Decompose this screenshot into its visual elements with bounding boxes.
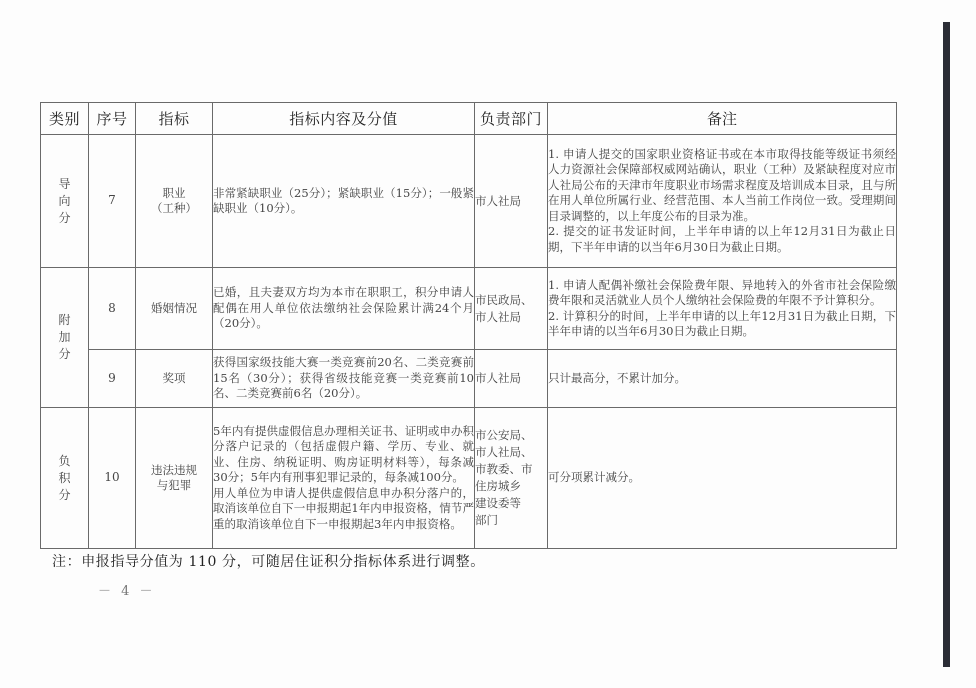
department-cell: 市人社局 [475, 350, 548, 408]
header-category: 类别 [41, 103, 89, 135]
remarks-cell: 1. 申请人提交的国家职业资格证书或在本市取得技能等级证书须经人力资源社会保障部… [548, 135, 897, 268]
department-cell: 市公安局、 市人社局、 市教委、市 住房城乡 建设委等 部门 [475, 408, 548, 549]
page-number: － 4 － [98, 580, 156, 599]
table-row: 负 积 分 10 违法违规 与犯罪 5年内有提供虚假信息办理相关证书、证明或申办… [41, 408, 897, 549]
row-number: 8 [89, 268, 136, 350]
category-cell: 导 向 分 [41, 135, 89, 268]
content-cell: 已婚，且夫妻双方均为本市在职职工，积分申请人配偶在用人单位依法缴纳社会保险累计满… [213, 268, 475, 350]
department-cell: 市人社局 [475, 135, 548, 268]
header-number: 序号 [89, 103, 136, 135]
indicator-cell: 婚姻情况 [136, 268, 213, 350]
header-remarks: 备注 [548, 103, 897, 135]
indicator-cell: 违法违规 与犯罪 [136, 408, 213, 549]
category-cell: 附 加 分 [41, 268, 89, 408]
content-cell: 获得国家级技能大赛一类竞赛前20名、二类竞赛前15名（30分）；获得省级技能竞赛… [213, 350, 475, 408]
remarks-cell: 可分项累计减分。 [548, 408, 897, 549]
table-row: 导 向 分 7 职业 （工种） 非常紧缺职业（25分）；紧缺职业（15分）；一般… [41, 135, 897, 268]
table-footnote: 注：申报指导分值为 110 分，可随居住证积分指标体系进行调整。 [52, 551, 485, 571]
scan-edge-bar [943, 22, 950, 667]
remarks-cell: 只计最高分，不累计加分。 [548, 350, 897, 408]
header-department: 负责部门 [475, 103, 548, 135]
row-number: 9 [89, 350, 136, 408]
department-cell: 市民政局、 市人社局 [475, 268, 548, 350]
category-cell: 负 积 分 [41, 408, 89, 549]
content-cell: 5年内有提供虚假信息办理相关证书、证明或申办积分落户记录的（包括虚假户籍、学历、… [213, 408, 475, 549]
table-header-row: 类别 序号 指标 指标内容及分值 负责部门 备注 [41, 103, 897, 135]
remarks-cell: 1. 申请人配偶补缴社会保险费年限、异地转入的外省市社会保险缴费年限和灵活就业人… [548, 268, 897, 350]
table-row: 9 奖项 获得国家级技能大赛一类竞赛前20名、二类竞赛前15名（30分）；获得省… [41, 350, 897, 408]
content-cell: 非常紧缺职业（25分）；紧缺职业（15分）；一般紧缺职业（10分）。 [213, 135, 475, 268]
indicator-cell: 奖项 [136, 350, 213, 408]
header-content: 指标内容及分值 [213, 103, 475, 135]
header-indicator: 指标 [136, 103, 213, 135]
row-number: 10 [89, 408, 136, 549]
table-row: 附 加 分 8 婚姻情况 已婚，且夫妻双方均为本市在职职工，积分申请人配偶在用人… [41, 268, 897, 350]
points-indicator-table: 类别 序号 指标 指标内容及分值 负责部门 备注 导 向 分 7 职业 （工种）… [40, 102, 897, 549]
indicator-cell: 职业 （工种） [136, 135, 213, 268]
row-number: 7 [89, 135, 136, 268]
